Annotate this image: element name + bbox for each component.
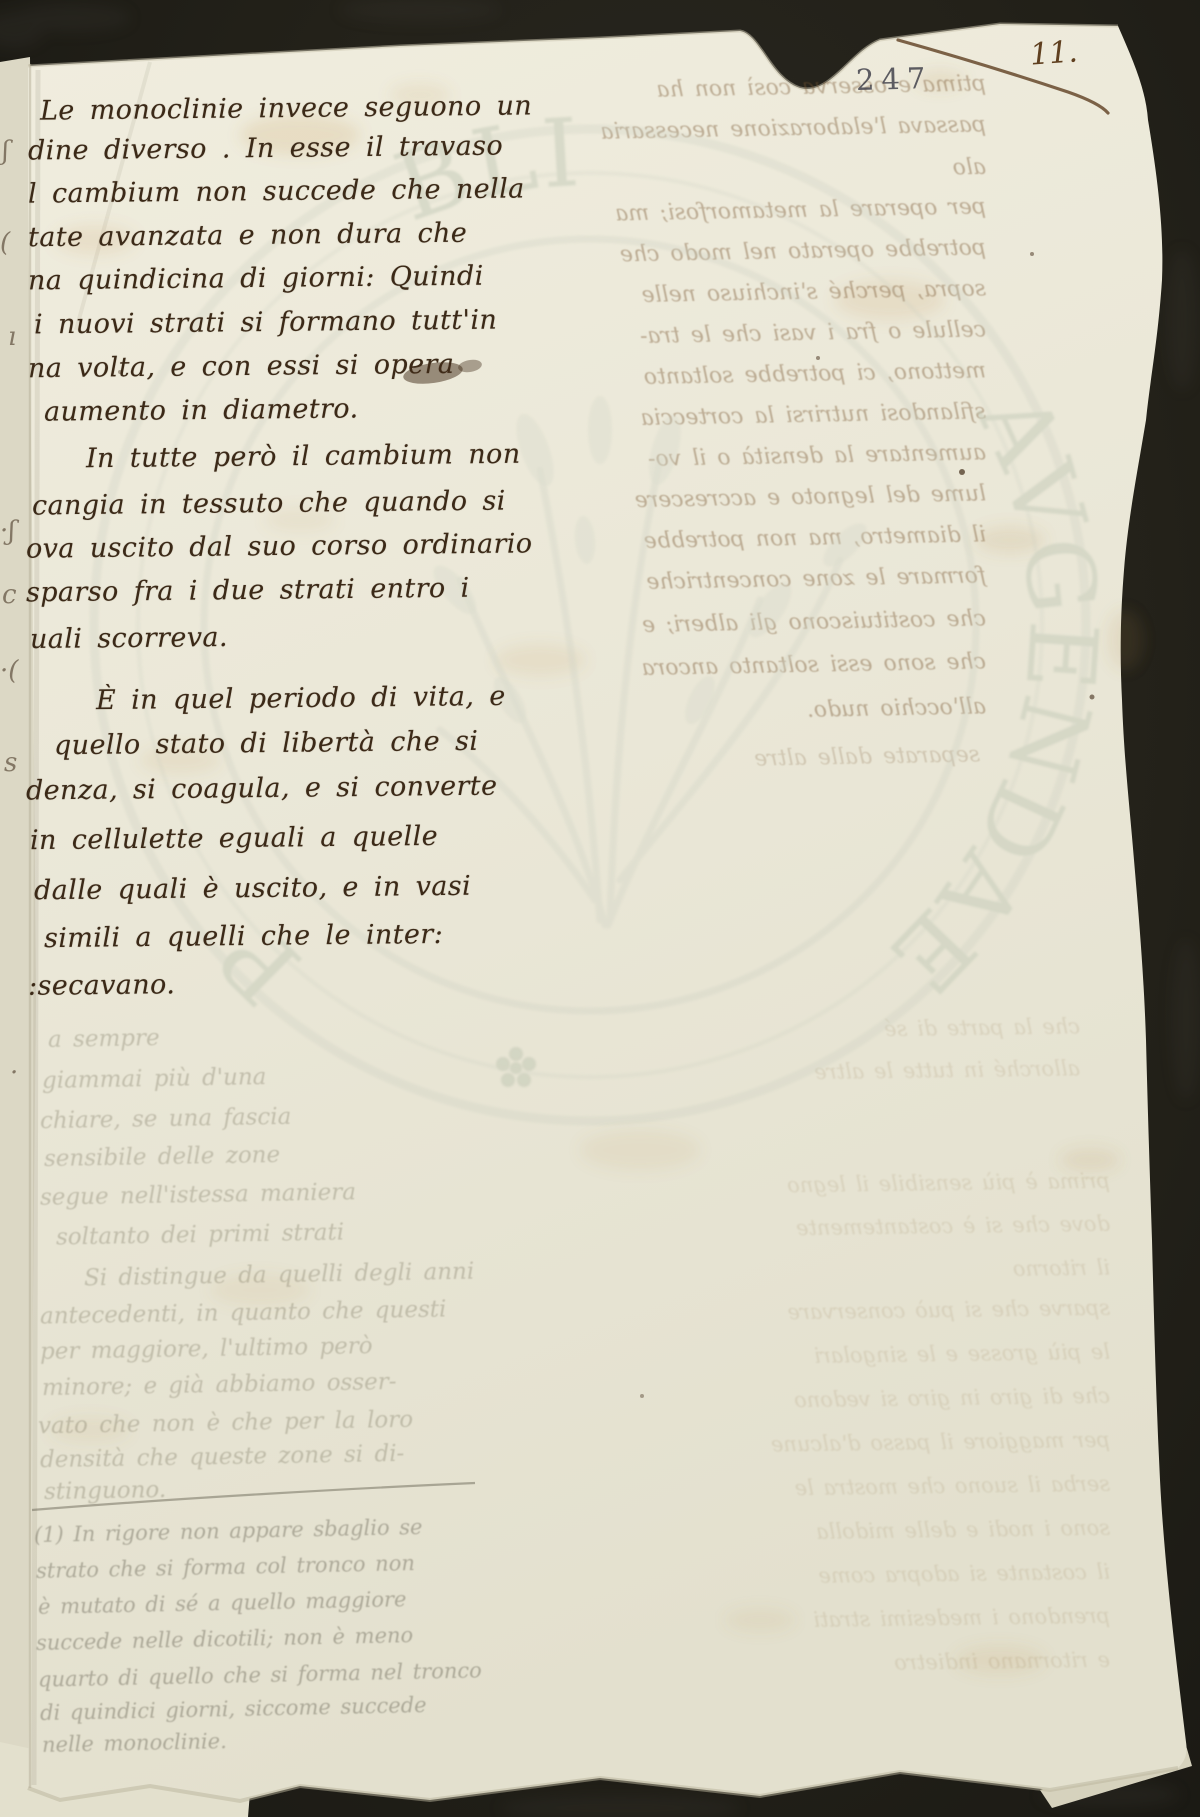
folio-number: 11.	[1029, 34, 1079, 72]
manuscript-line: quello stato di libertà che si	[54, 726, 479, 761]
manuscript-line: ova uscito dal suo corso ordinario	[26, 528, 533, 564]
manuscript-line: aumento in diametro.	[44, 393, 359, 427]
margin-ink-fragment: ·	[10, 1058, 18, 1088]
manuscript-line: l cambium non succede che nella	[28, 173, 525, 209]
margin-ink-fragment: ı	[8, 322, 16, 352]
manuscript-line: na quindicina di giorni: Quindi	[28, 261, 484, 297]
manuscript-line: tate avanzata e non dura che	[28, 218, 467, 254]
manuscript-line: na volta, e con essi si opera	[28, 349, 455, 384]
manuscript-line: Le monoclinie invece seguono un	[40, 90, 532, 126]
manuscript-line: i nuovi strati si formano tutt'in	[34, 305, 498, 341]
manuscript-line: in cellulette eguali a quelle	[30, 821, 438, 856]
manuscript-line: denza, si coagula, e si converte	[26, 771, 498, 807]
manuscript-line: uali scorreva.	[30, 622, 228, 655]
manuscript-line: dine diverso . In esse il travaso	[28, 131, 503, 167]
manuscript-line: simili a quelli che le inter:	[44, 919, 443, 954]
manuscript-line: :secavano.	[28, 969, 176, 1002]
manuscript-line: cangia in tessuto che quando si	[32, 486, 506, 522]
margin-ink-fragment: ʃ	[2, 136, 9, 166]
manuscript-line: dalle quali è uscito, e in vasi	[34, 871, 471, 907]
main-ink-layer: Le monoclinie invece seguono undine dive…	[0, 0, 1200, 1817]
page-number-stamp: 247	[856, 61, 933, 97]
margin-ink-fragment: s	[4, 748, 17, 778]
margin-ink-fragment: (	[0, 228, 10, 258]
margin-ink-fragment: ·(	[0, 656, 18, 686]
manuscript-line: In tutte però il cambium non	[86, 439, 521, 475]
manuscript-photo-stage: ptima e osserva così non hapassava l'ela…	[0, 0, 1200, 1817]
margin-ink-fragment: c	[2, 580, 17, 610]
margin-ink-fragment: ·ʃ	[0, 516, 15, 546]
manuscript-line: È in quel periodo di vita, e	[96, 681, 506, 716]
manuscript-line: sparso fra i due strati entro i	[26, 573, 470, 609]
